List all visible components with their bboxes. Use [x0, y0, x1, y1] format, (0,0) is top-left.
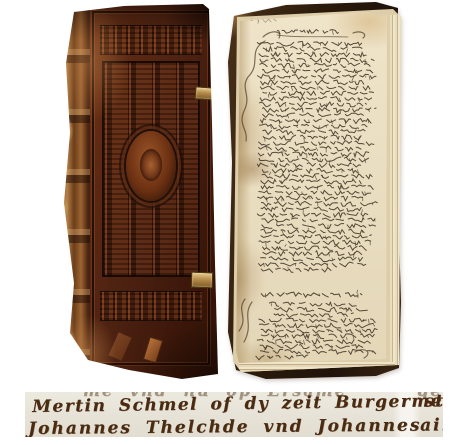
strip-line2-right-fragment: ster	[424, 392, 443, 412]
book-spine	[54, 3, 90, 380]
manuscript-page	[235, 11, 391, 363]
margin-flourishes	[235, 11, 391, 363]
medallion-core	[140, 149, 162, 181]
strip-line3-left: Johannes Thelchde vnd Johannes	[28, 416, 421, 437]
cover-bottom-ornament-band	[100, 291, 202, 321]
cover-center-medallion	[126, 131, 176, 201]
cover-top-ornament-band	[100, 25, 202, 55]
strip-line2-left: Mertin Schmel of dy zeit Burgermei	[32, 392, 443, 417]
opened-manuscript	[226, 2, 404, 379]
book-cover	[54, 3, 220, 380]
photo-scene: me vnd nu op Ersame ger Mertin Schmel of…	[0, 0, 450, 445]
strip-line3-right-fragment: ain	[420, 415, 443, 435]
brass-clasp-top	[195, 86, 218, 101]
manuscript-detail-strip: me vnd nu op Ersame ger Mertin Schmel of…	[25, 392, 443, 437]
brass-clasp-bottom	[191, 272, 214, 289]
